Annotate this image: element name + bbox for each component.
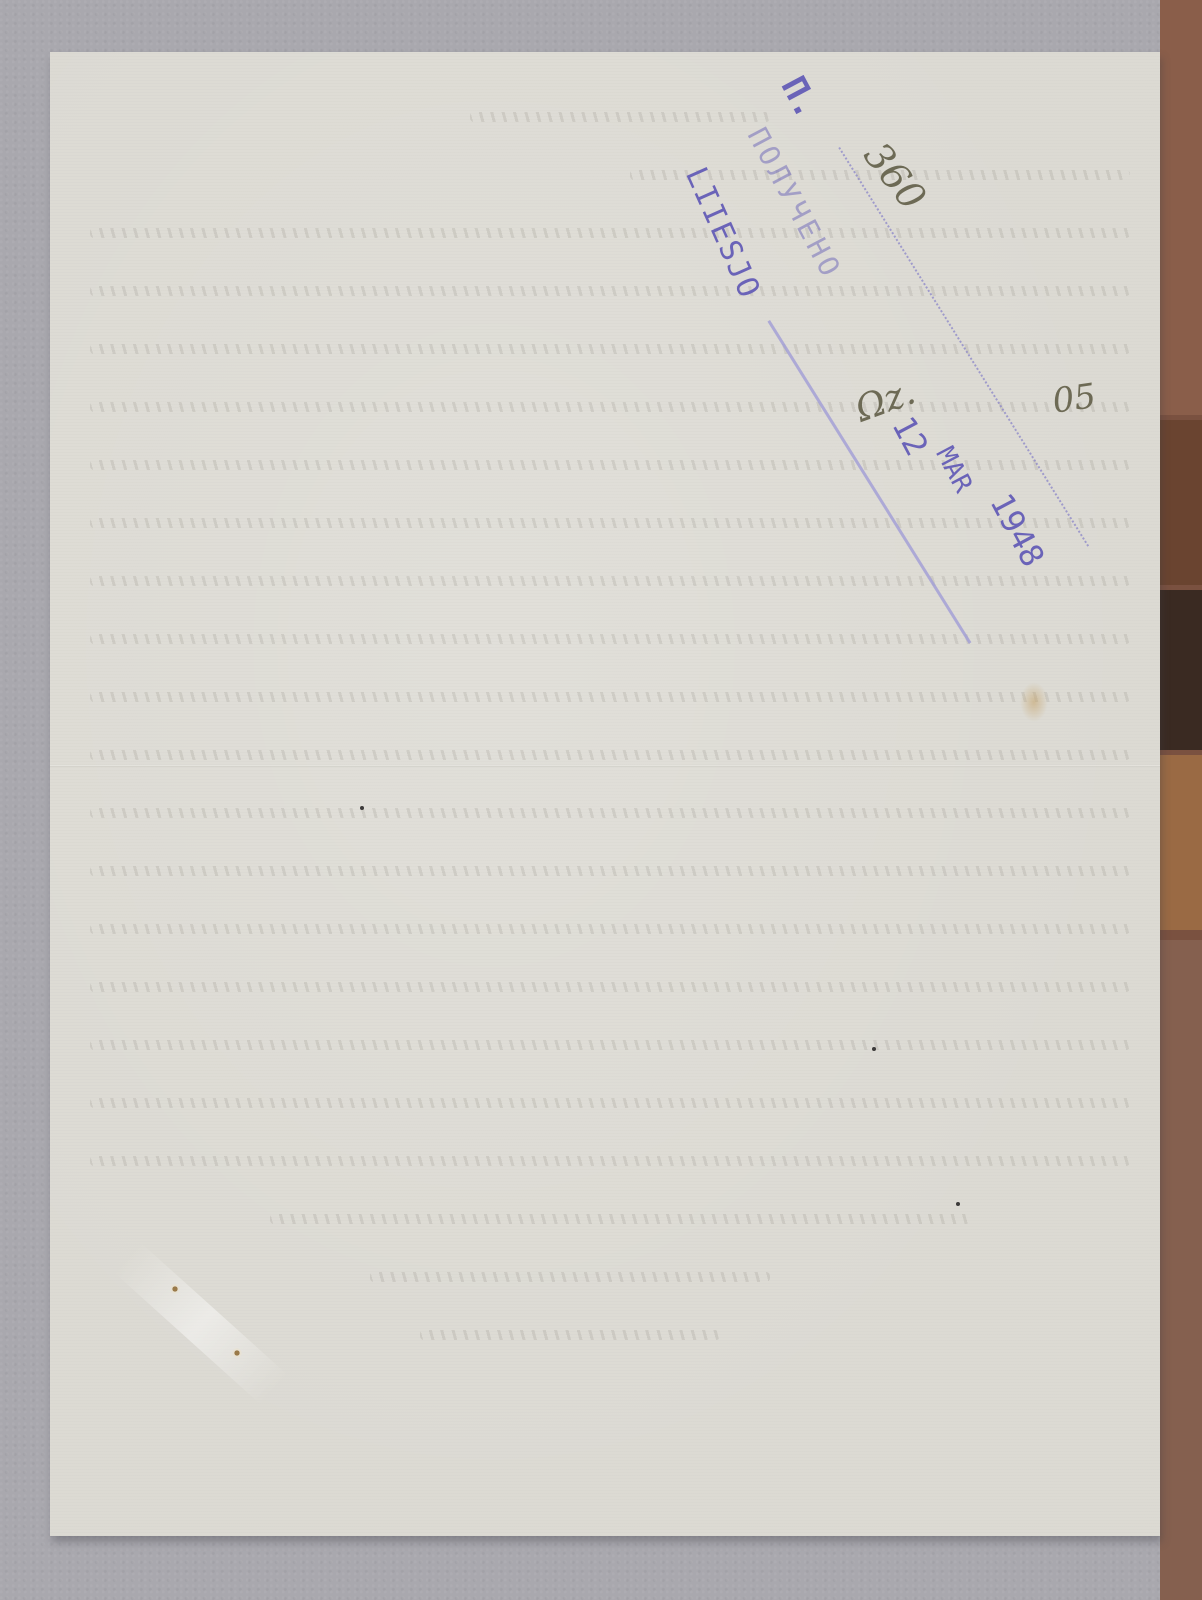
bleed-through-handwriting — [70, 92, 1140, 1368]
binder-tab — [1160, 0, 1202, 415]
fold-line — [50, 765, 1160, 767]
binder-strip — [1160, 0, 1202, 1600]
ink-dot — [360, 806, 364, 810]
binder-tab — [1160, 590, 1202, 750]
ink-dot — [956, 1202, 960, 1206]
document-page: П. ПОЛУЧЕНО LIIESJO 12 MAR 1948 360 05 Ω… — [50, 52, 1160, 1536]
binder-tab — [1160, 420, 1202, 585]
binder-tab — [1160, 940, 1202, 1600]
ink-dot — [872, 1047, 876, 1051]
annotation-mark: 05 — [1050, 376, 1098, 422]
pin-hole — [232, 1348, 242, 1358]
pin-hole — [170, 1284, 180, 1294]
stain — [1020, 682, 1048, 722]
binder-tab — [1160, 755, 1202, 930]
